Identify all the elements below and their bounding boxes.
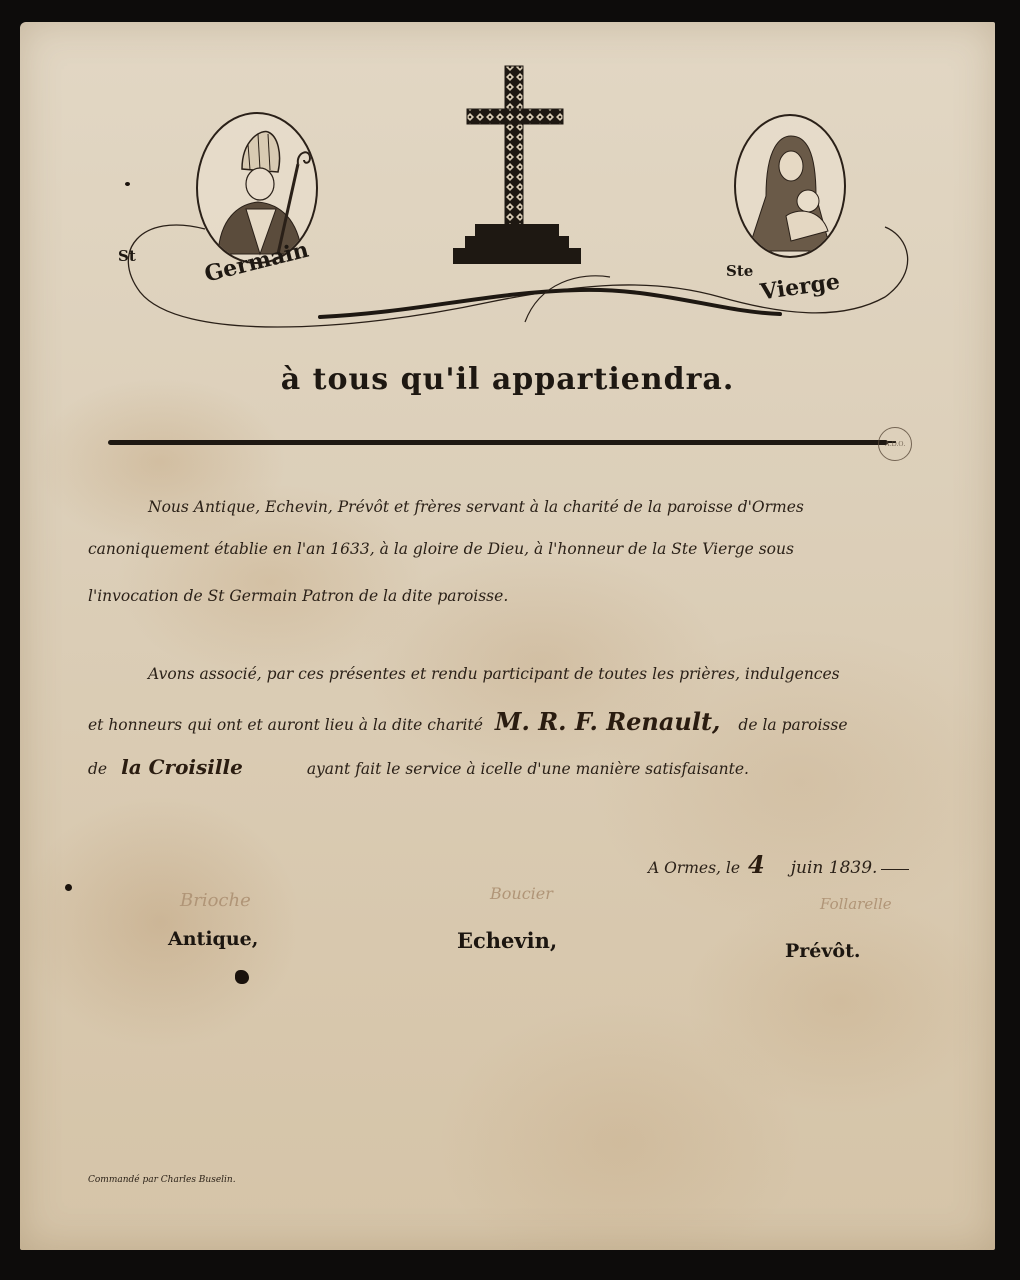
latticed-cross-icon [445, 62, 585, 287]
recipient-name: M. R. F. Renault, [495, 707, 721, 736]
sainte-vierge-prefix: Ste [726, 262, 753, 280]
paragraph-2-line-3: de la Croisille ayant fait le service à … [88, 755, 749, 779]
paragraph-2-line-2-tail: de la paroisse [738, 716, 847, 734]
ink-blot [235, 970, 249, 984]
paragraph-2-line-2-lead: et honneurs qui ont et auront lieu à la … [88, 716, 483, 734]
paragraph-1-line-2: canoniquement établie en l'an 1633, à la… [88, 542, 794, 558]
signature-echevin: Boucier [490, 884, 553, 903]
dateline-day: 4 [748, 850, 765, 879]
dateline: A Ormes, le 4 juin 1839. [648, 850, 909, 879]
sainte-vierge-medallion [734, 114, 846, 258]
paragraph-2-line-3-lead: de [88, 760, 107, 778]
dateline-month-year: juin 1839. [791, 858, 878, 878]
title-divider [108, 440, 888, 445]
paragraph-1-line-1: Nous Antique, Echevin, Prévôt et frères … [148, 500, 804, 516]
dateline-tail-rule [881, 869, 909, 870]
ink-blot [125, 182, 130, 186]
dateline-prefix: A Ormes, le [648, 859, 740, 877]
role-echevin: Echevin, [457, 928, 557, 953]
signature-prevot: Follarelle [820, 895, 892, 913]
role-prevot: Prévôt. [785, 940, 861, 962]
role-antique: Antique, [168, 928, 258, 950]
parish-name: la Croisille [121, 755, 243, 779]
document-title: à tous qu'il appartiendra. [20, 362, 995, 397]
paragraph-1-line-3: l'invocation de St Germain Patron de la … [88, 589, 508, 605]
document-paper: St Germain Ste Vierge à tous qu'il appar… [20, 22, 995, 1250]
paragraph-2-line-3-tail: ayant fait le service à icelle d'une man… [307, 760, 749, 778]
paragraph-2-line-1: Avons associé, par ces présentes et rend… [148, 667, 840, 683]
saint-germain-prefix: St [118, 247, 136, 265]
virgin-and-child-portrait-icon [736, 116, 844, 256]
footer-credit: Commandé par Charles Buselin. [88, 1175, 236, 1185]
paragraph-2-line-2: et honneurs qui ont et auront lieu à la … [88, 707, 848, 736]
archive-stamp: A.D.O. [878, 427, 912, 461]
signature-antique: Brioche [180, 890, 251, 911]
ink-blot [65, 884, 72, 891]
